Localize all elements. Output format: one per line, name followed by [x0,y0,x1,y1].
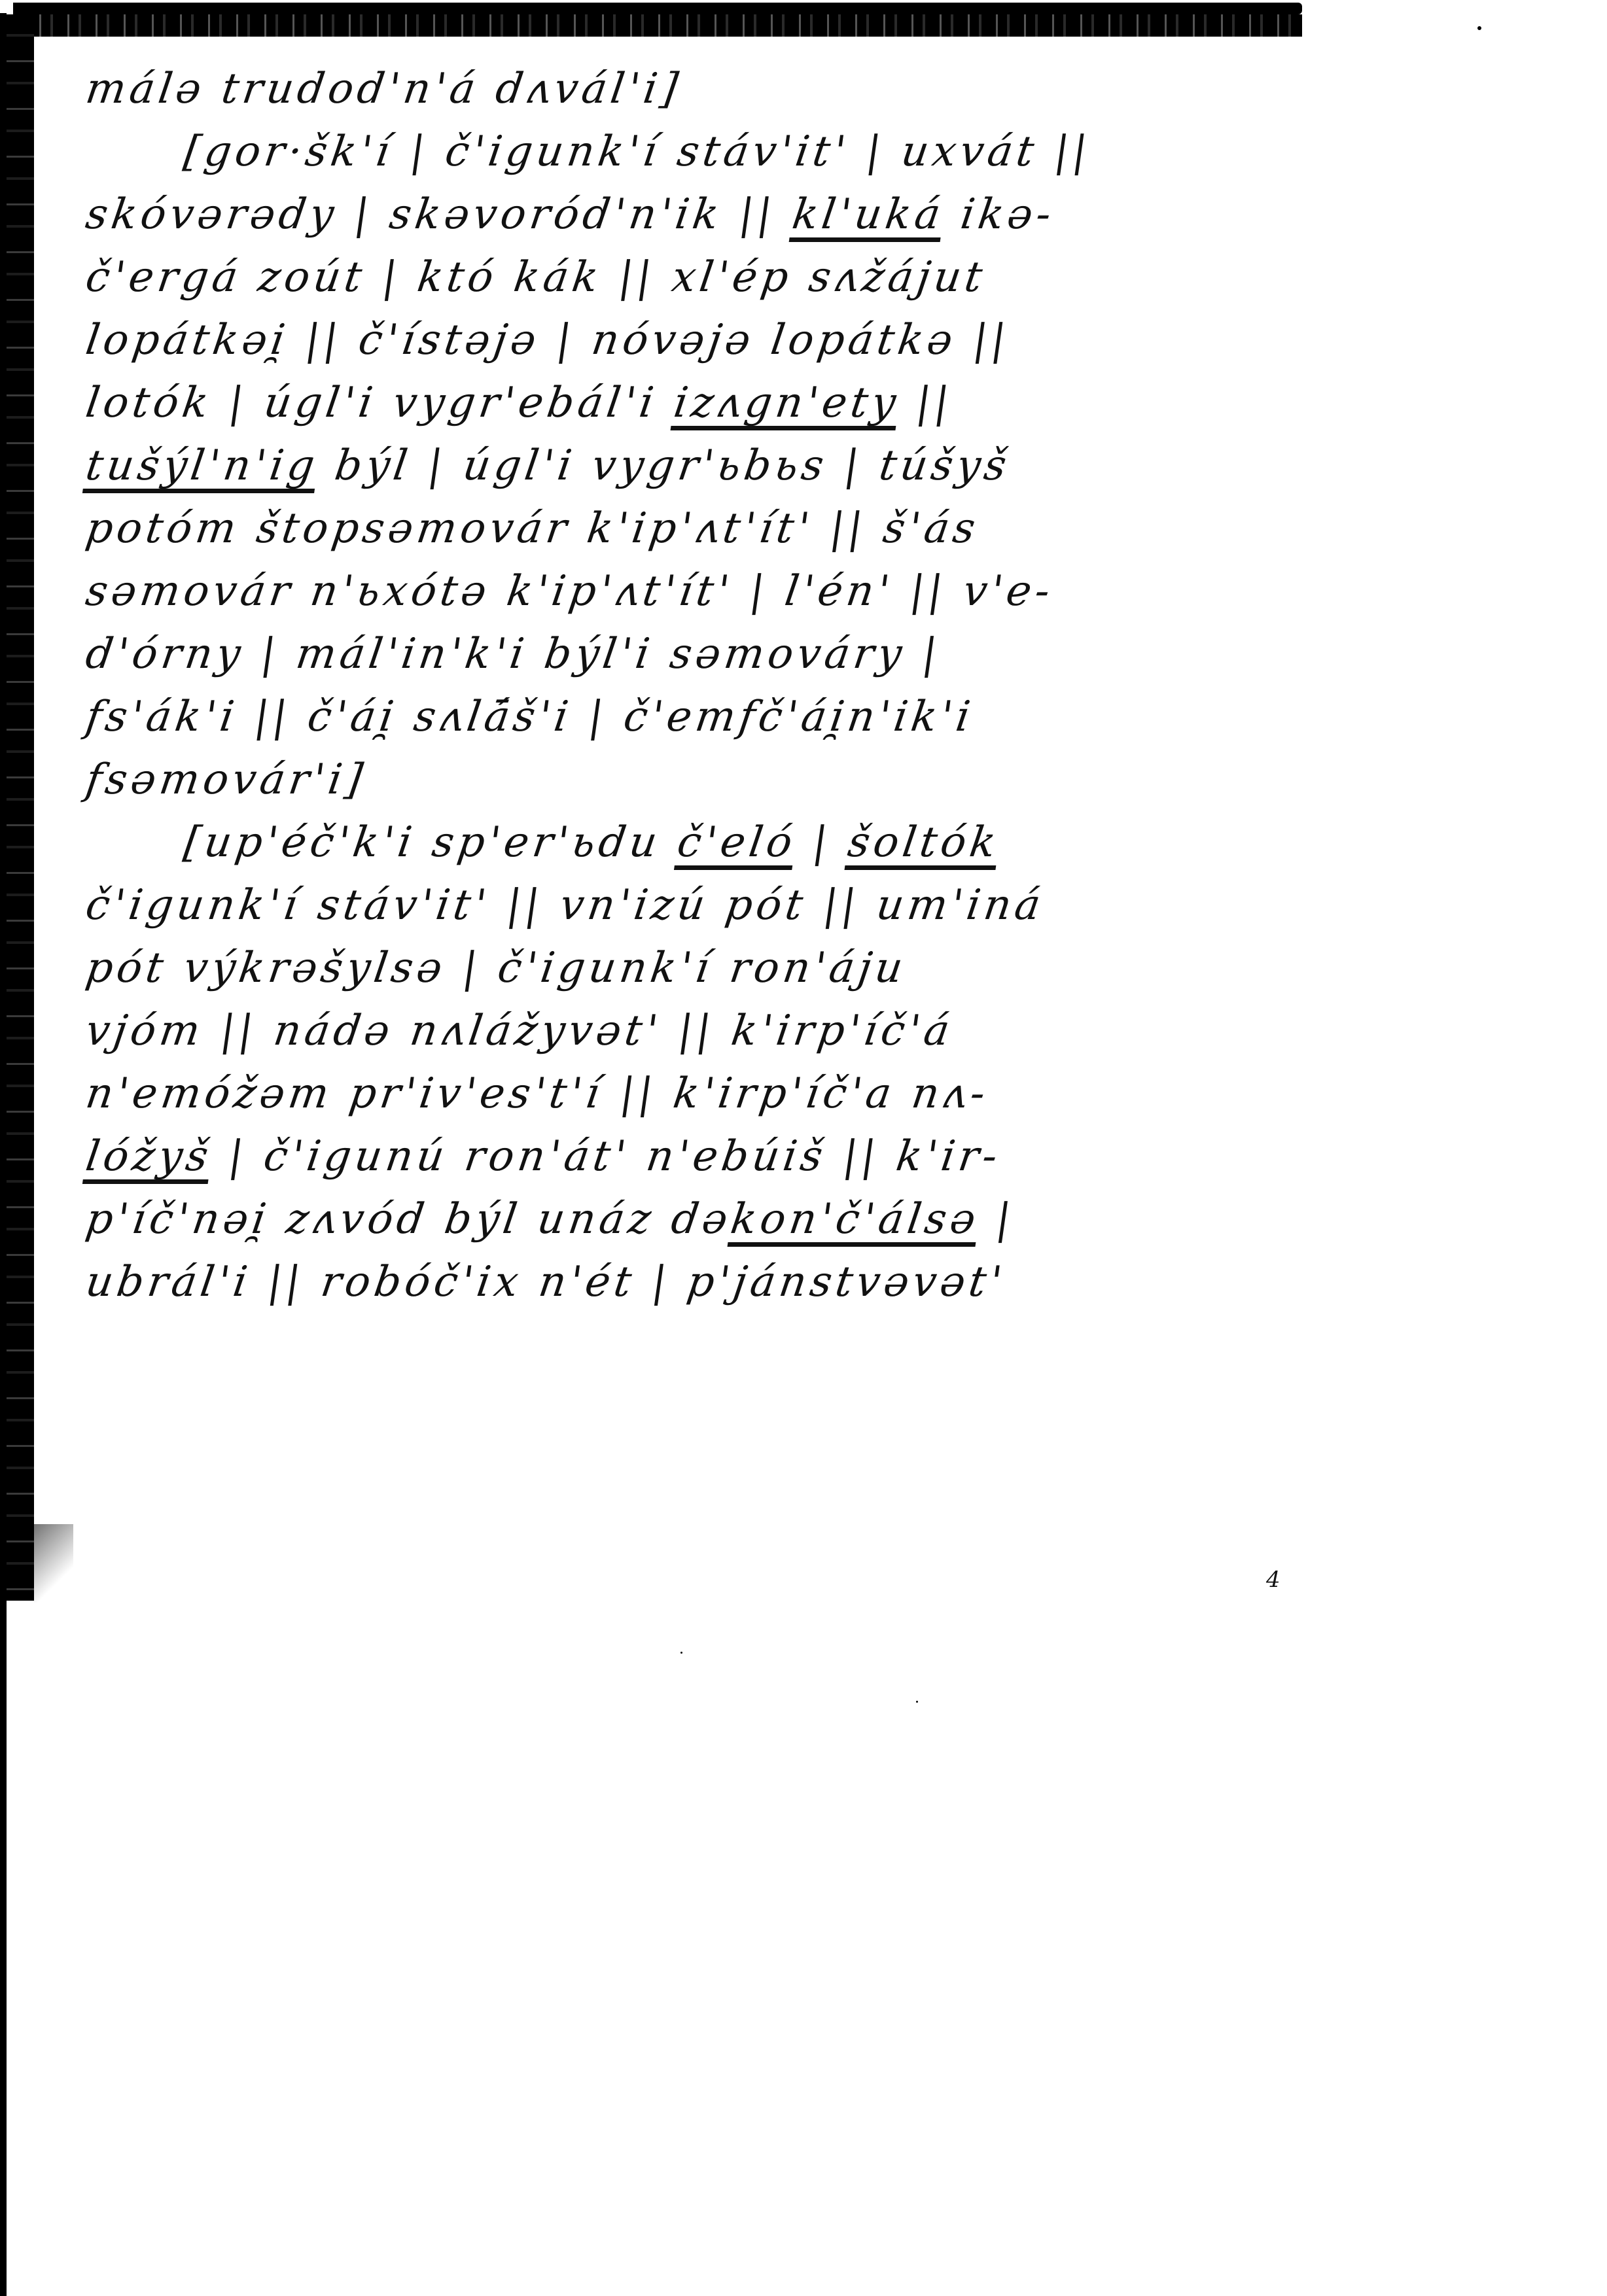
text-segment: č'igunk'í stáv'it' || vn'izú pót || um'i… [83,881,1048,930]
text-line: potóm štopsəmovár k'ip'ʌt'ít' || š'ás [82,497,1320,560]
text-line: fsəmovár'i] [82,748,1320,811]
text-segment: málə trudod'n'á dʌvál'i] [83,65,685,113]
text-segment: n'emóžəm pr'iv'es't'í || k'irp'íč'a nʌ- [83,1070,993,1118]
text-segment: vjóm || nádə nʌlážyvət' || k'irp'íč'á [83,1007,957,1055]
text-line: lóžyš | č'igunú ron'át' n'ebúiš || k'ir- [82,1125,1320,1188]
text-segment: lotók | úgl'i vygr'ebál'i [83,379,678,427]
text-line: n'emóžəm pr'iv'es't'í || k'irp'íč'a nʌ- [82,1062,1320,1125]
scan-edge-top [13,3,1302,14]
text-line: tušýl'n'ig býl | úgl'i vygr'ьbьs | túšyš [82,434,1320,497]
text-line: málə trudod'n'á dʌvál'i] [82,58,1320,120]
text-line: skóvərədy | skəvoród'n'ik || kl'uká ikə- [82,183,1320,246]
text-line: č'igunk'í stáv'it' || vn'izú pót || um'i… [82,874,1320,937]
scan-speck [680,1652,682,1654]
underlined-word: kl'uká [789,190,947,239]
underlined-word: kon'č'álsə [728,1195,982,1244]
text-segment: ubrál'i || robóč'ix n'ét | p'jánstvəvət' [83,1258,1009,1306]
text-segment: potóm štopsəmovár k'ip'ʌt'ít' || š'ás [83,504,982,553]
text-line: č'ergá zoút | któ kák || xl'ép sʌžájut [82,246,1320,309]
text-line: fs'ák'i || č'ái̯ sʌlá̄š'i | č'emfč'ái̯n'… [82,686,1320,748]
text-line: ubrál'i || robóč'ix n'ét | p'jánstvəvət' [82,1251,1320,1313]
scan-shadow-left [7,14,34,1601]
text-segment: [gor·šk'í | č'igunk'í stáv'it' | uxvát |… [181,128,1095,176]
text-line: [up'éč'k'i sp'er'ьdu č'eló | šoltók [82,811,1320,874]
text-segment: pót výkrəšylsə | č'igunk'í ron'áju [83,944,910,992]
handwritten-text-block: málə trudod'n'á dʌvál'i][gor·šk'í | č'ig… [82,58,1312,1313]
text-segment: d'órny | mál'in'k'i býl'i səmováry | [83,630,944,678]
text-segment: p'íč'nəi̯ zʌvód býl unáz də [83,1195,735,1244]
text-line: vjóm || nádə nʌlážyvət' || k'irp'íč'á [82,1000,1320,1062]
text-line: pót výkrəšylsə | č'igunk'í ron'áju [82,937,1320,1000]
text-segment: fsəmovár'i] [83,756,370,804]
text-segment: | [792,818,852,867]
text-line: lopátkəi̯ || č'ístəjə | nóvəjə lopátkə |… [82,309,1320,372]
text-segment: səmovár n'ьxótə k'ip'ʌt'ít' | l'én' || v… [83,567,1057,616]
text-segment: | [976,1195,1017,1244]
text-segment: skóvərədy | skəvoród'n'ik || [83,190,796,239]
scan-speck [916,1701,918,1703]
underlined-word: šoltók [845,818,1002,867]
text-segment: býl | úgl'i vygr'ьbьs | túšyš [315,442,1014,490]
page-number: 4 [1266,1567,1280,1593]
text-line: lotók | úgl'i vygr'ebál'i izʌgn'ety || [82,372,1320,434]
text-segment: || [896,379,956,427]
paper-corner [34,37,73,76]
scan-shadow-corner [34,1524,73,1603]
text-segment: [up'éč'k'i sp'er'ьdu [181,818,681,867]
scan-speck [1477,26,1481,30]
text-line: səmovár n'ьxótə k'ip'ʌt'ít' | l'én' || v… [82,560,1320,623]
underlined-word: č'eló [675,818,800,867]
text-line: p'íč'nəi̯ zʌvód býl unáz dəkon'č'álsə | [82,1188,1320,1251]
underlined-word: tušýl'n'ig [83,442,322,490]
text-segment: č'ergá zoút | któ kák || xl'ép sʌžájut [83,253,989,302]
text-segment: lopátkəi̯ || č'ístəjə | nóvəjə lopátkə |… [83,316,1013,364]
scan-shadow-top [13,14,1302,37]
underlined-word: lóžyš [83,1132,215,1181]
text-segment: | č'igunú ron'át' n'ebúiš || [208,1132,900,1181]
text-segment: fs'ák'i || č'ái̯ sʌlá̄š'i | č'emfč'ái̯n'… [83,693,977,741]
scan-edge-left [0,13,7,2296]
text-segment: ikə- [940,190,1057,239]
text-line: d'órny | mál'in'k'i býl'i səmováry | [82,623,1320,686]
text-line: [gor·šk'í | č'igunk'í stáv'it' | uxvát |… [82,120,1320,183]
underlined-word: izʌgn'ety [671,379,902,427]
scanned-page: málə trudod'n'á dʌvál'i][gor·šk'í | č'ig… [0,0,1607,2296]
text-segment: k'ir- [893,1132,1004,1181]
